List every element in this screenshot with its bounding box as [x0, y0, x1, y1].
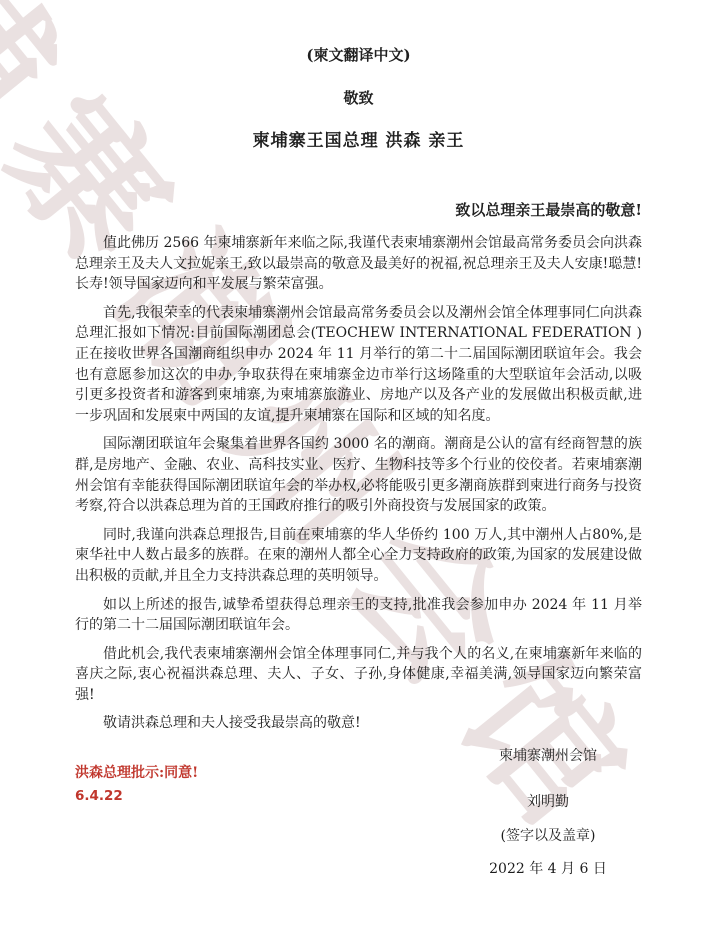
paragraph-6: 借此机会,我代表柬埔寨潮州会馆全体理事同仁,并与我个人的名义,在柬埔寨新年来临的… — [75, 644, 642, 706]
letter-body: 值此佛历 2566 年柬埔寨新年来临之际,我谨代表柬埔寨潮州会馆最高常务委员会向… — [75, 233, 642, 734]
paragraph-7: 敬请洪森总理和夫人接受我最崇高的敬意! — [75, 713, 642, 734]
salutation: 敬致 — [75, 87, 642, 108]
paragraph-1: 值此佛历 2566 年柬埔寨新年来临之际,我谨代表柬埔寨潮州会馆最高常务委员会向… — [75, 233, 642, 295]
translation-note: (柬文翻译中文) — [75, 44, 642, 65]
letter-content: (柬文翻译中文) 敬致 柬埔寨王国总理 洪森 亲王 致以总理亲王最崇高的敬意! … — [75, 0, 642, 742]
paragraph-3: 国际潮团联谊年会聚集着世界各国约 3000 名的潮商。潮商是公认的富有经商智慧的… — [75, 434, 642, 516]
paragraph-4: 同时,我谨向洪森总理报告,目前在柬埔寨的华人华侨约 100 万人,其中潮州人占8… — [75, 525, 642, 587]
signature-name: 刘明勤 — [438, 791, 658, 811]
recipient-title: 柬埔寨王国总理 洪森 亲王 — [75, 126, 642, 151]
document-page: 柬埔寨潮州会馆 (柬文翻译中文) 敬致 柬埔寨王国总理 洪森 亲王 致以总理亲王… — [0, 0, 710, 925]
greeting-line: 致以总理亲王最崇高的敬意! — [75, 199, 642, 220]
signature-organization: 柬埔寨潮州会馆 — [438, 745, 658, 765]
paragraph-2: 首先,我很荣幸的代表柬埔寨潮州会馆最高常务委员会以及潮州会馆全体理事同仁向洪森总… — [75, 303, 642, 427]
paragraph-5: 如以上所述的报告,诚挚希望获得总理亲王的支持,批准我会参加申办 2024 年 1… — [75, 595, 642, 636]
signature-date: 2022 年 4 月 6 日 — [438, 858, 658, 878]
signature-seal-note: (签字以及盖章) — [438, 825, 658, 845]
pm-approval-date: 6.4.22 — [75, 788, 198, 804]
signature-block: 柬埔寨潮州会馆 刘明勤 (签字以及盖章) 2022 年 4 月 6 日 — [438, 745, 658, 878]
pm-approval-annotation: 洪森总理批示:同意! 6.4.22 — [75, 762, 198, 804]
pm-approval-text: 洪森总理批示:同意! — [75, 762, 198, 782]
